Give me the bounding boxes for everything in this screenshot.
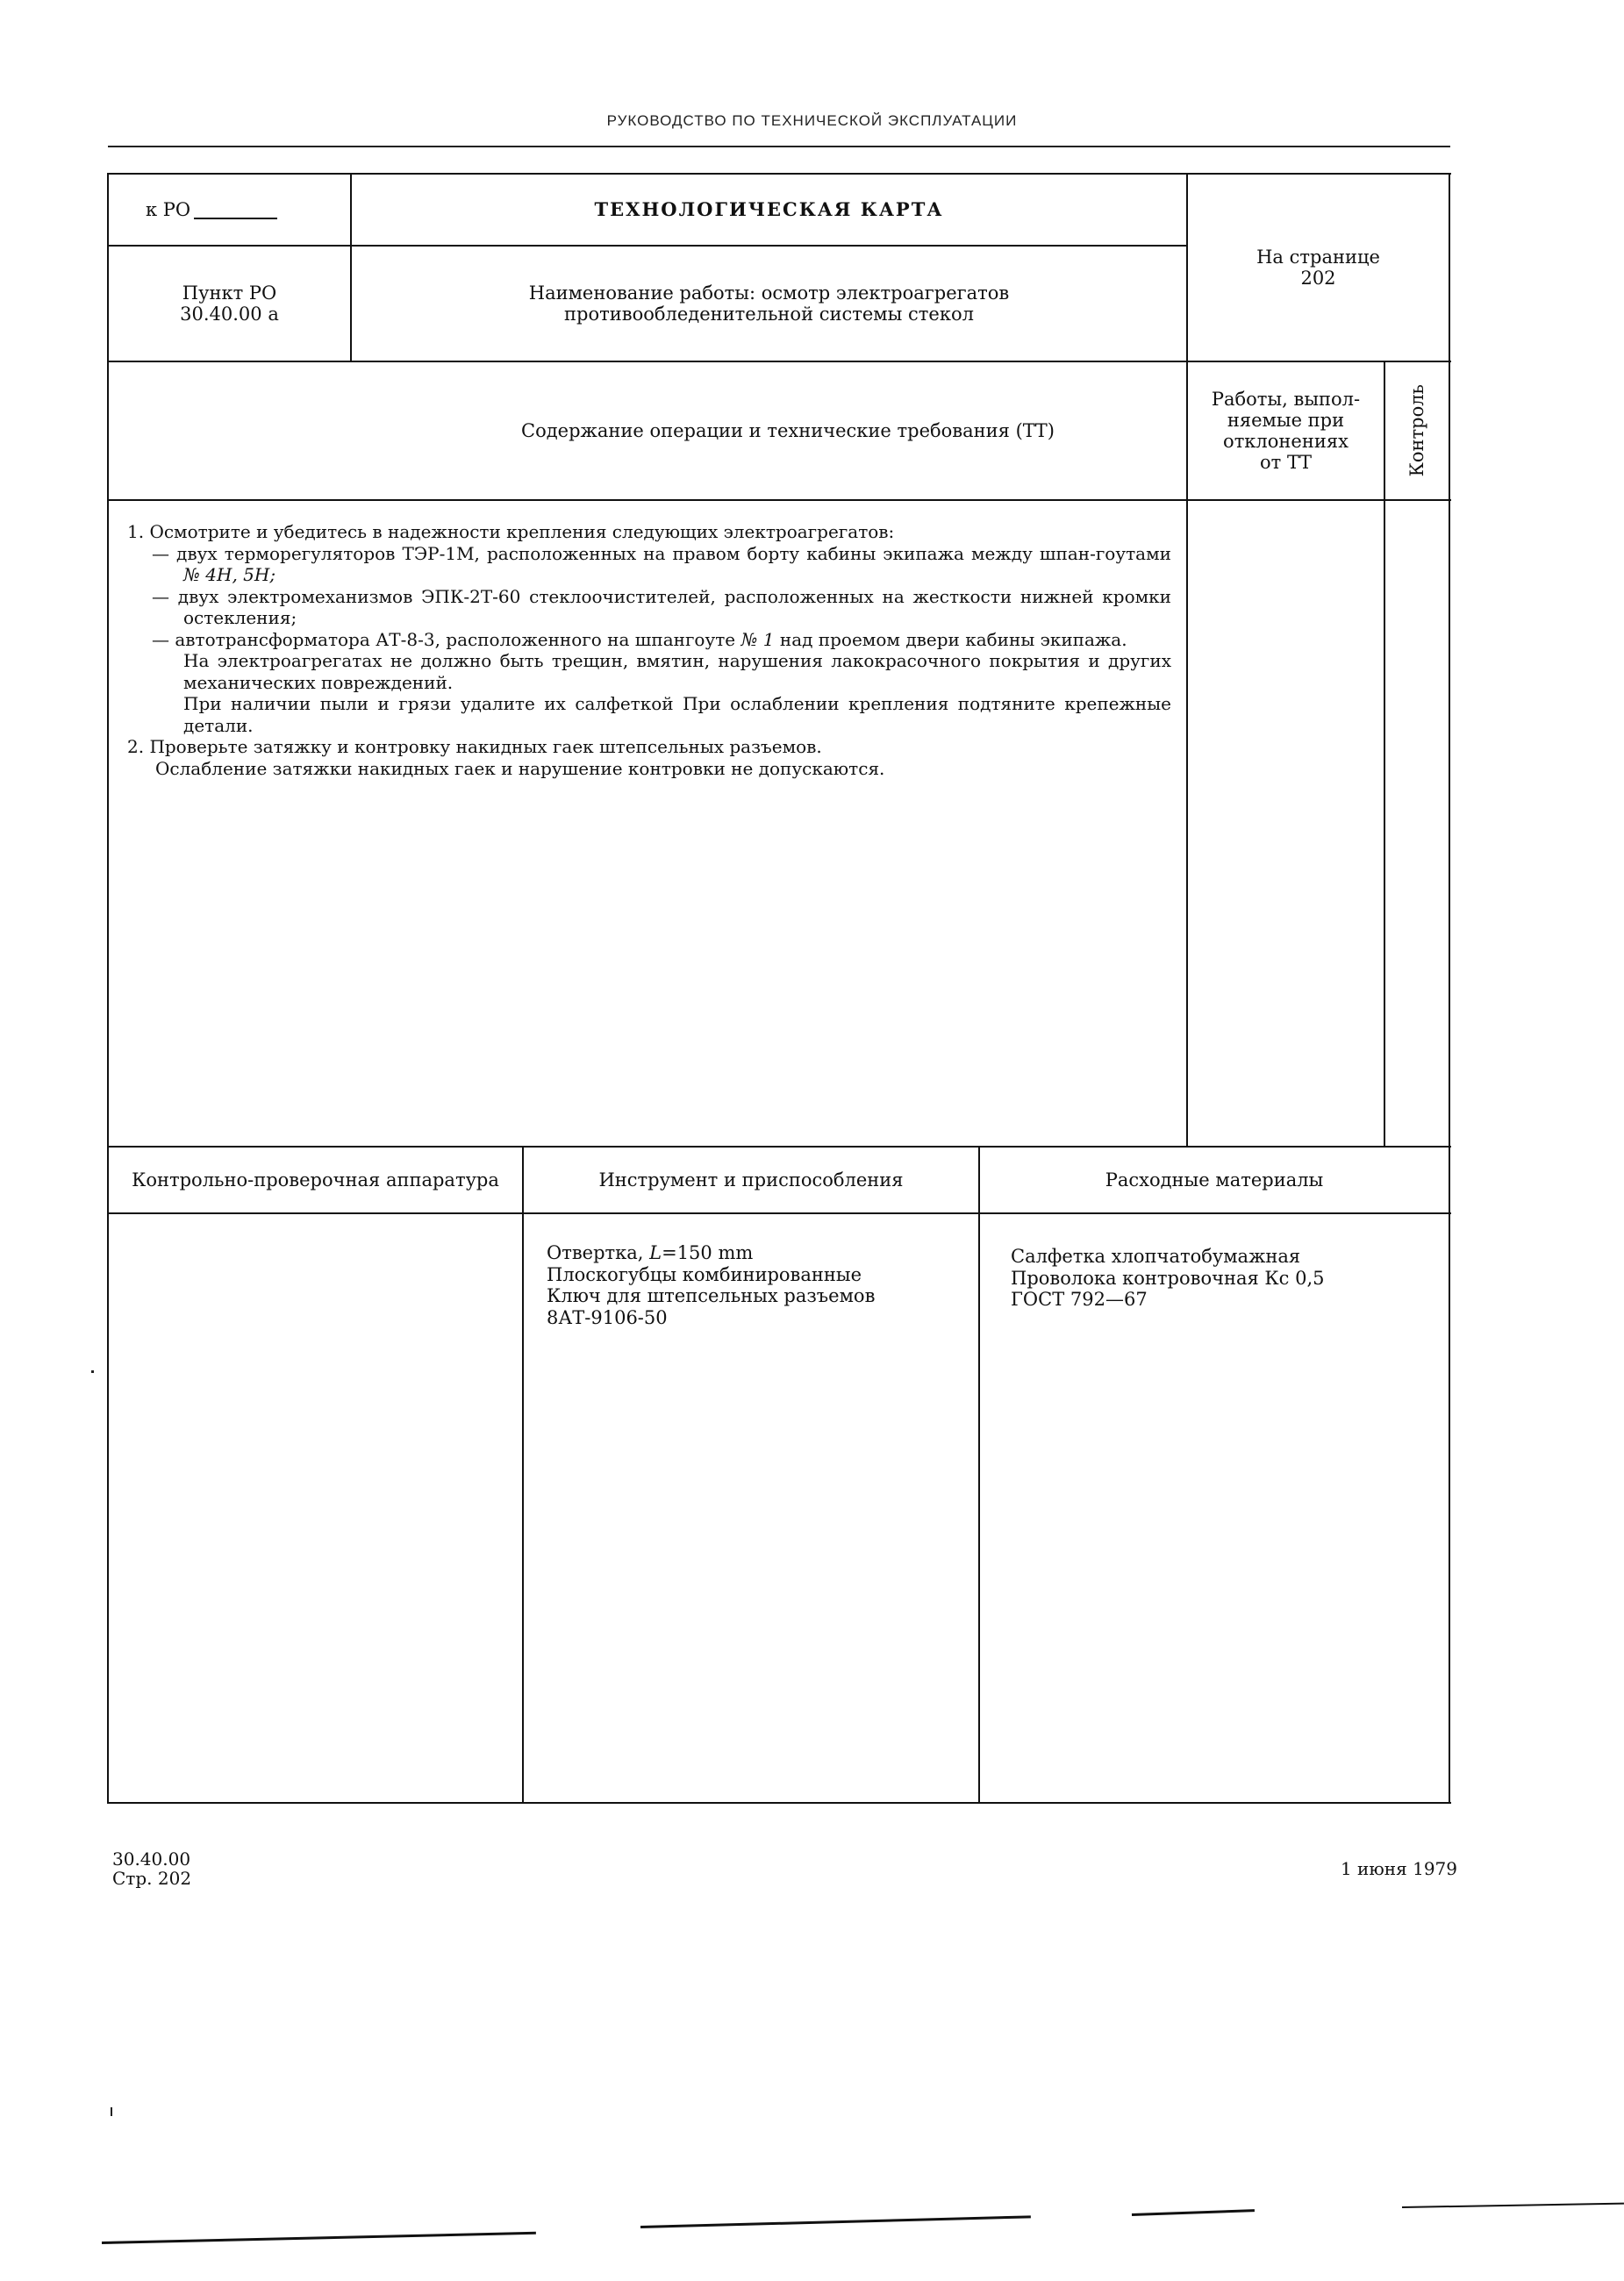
- ro-item-cell: Пункт РО 30.40.00 а: [109, 247, 350, 361]
- work-name-cell: Наименование работы: осмотр электроагрег…: [352, 247, 1186, 361]
- divider-columns-header: [108, 499, 1451, 501]
- scan-streak: [1402, 2203, 1624, 2208]
- deviations-column-header: Работы, выпол- няемые при отклонениях от…: [1188, 362, 1384, 499]
- frame-numbers: № 4Н, 5Н;: [183, 564, 275, 585]
- material-item: Салфетка хлопчатобумажная: [1011, 1246, 1432, 1268]
- material-item: Проволока контровочная Кс 0,5: [1011, 1268, 1432, 1290]
- material-item: ГОСТ 792—67: [1011, 1289, 1432, 1311]
- test-equipment-header: Контрольно-проверочная аппаратура: [109, 1148, 522, 1212]
- tools-list: Отвертка, L=150 mm Плоскогубцы комбиниро…: [547, 1242, 968, 1328]
- header-rule: [108, 146, 1450, 147]
- page-ref-label: На странице: [1256, 247, 1380, 268]
- footer-doc-number: 30.40.00: [112, 1849, 191, 1869]
- tool-item: 8АТ-9106-50: [547, 1307, 968, 1329]
- step-2-note: Ослабление затяжки накидных гаек и наруш…: [127, 758, 1171, 780]
- ro-item-number: 30.40.00 а: [180, 304, 279, 325]
- step-1-item-3-text-end: над проемом двери кабины экипажа.: [775, 629, 1127, 650]
- divider-resources-col2: [978, 1146, 980, 1804]
- control-column-header: Контроль: [1385, 362, 1449, 499]
- ro-reference-cell: к РО: [109, 175, 350, 245]
- ro-reference-label: к РО: [146, 199, 190, 220]
- footer-page: Стр. 202: [112, 1869, 191, 1888]
- content-column-header: Содержание операции и технические требов…: [109, 362, 1186, 499]
- page-ref-cell: На странице 202: [1188, 175, 1449, 361]
- step-1-note-1: На электроагрегатах не должно быть трещи…: [127, 650, 1171, 693]
- divider-resources-header: [108, 1212, 1451, 1214]
- scan-speck: [111, 2107, 112, 2116]
- tool-item: Плоскогубцы комбинированные: [547, 1264, 968, 1286]
- materials-list: Салфетка хлопчатобумажная Проволока конт…: [1011, 1246, 1432, 1311]
- deviations-header-line: от ТТ: [1260, 452, 1312, 473]
- step-1-item-3-text: — автотрансформатора АТ-8-3, расположенн…: [152, 629, 741, 650]
- step-1-item-1-text: — двух терморегуляторов ТЭР-1М, располож…: [152, 543, 1171, 564]
- materials-header: Расходные материалы: [980, 1148, 1449, 1212]
- deviations-header-line: Работы, выпол-: [1212, 389, 1360, 410]
- scan-speck: [91, 1370, 94, 1373]
- work-name-line2: противообледенительной системы стекол: [564, 304, 974, 325]
- deviations-header-line: няемые при: [1227, 410, 1344, 431]
- card-title: ТЕХНОЛОГИЧЕСКАЯ КАРТА: [352, 175, 1186, 245]
- scan-streak: [102, 2232, 536, 2244]
- operations-content: 1. Осмотрите и убедитесь в надежности кр…: [127, 521, 1171, 779]
- divider-resources-col1: [522, 1146, 524, 1804]
- frame-number: № 1: [741, 629, 775, 650]
- step-1-note-2: При наличии пыли и грязи удалите их салф…: [127, 693, 1171, 736]
- scan-streak: [640, 2215, 1031, 2228]
- step-1-item-3: — автотрансформатора АТ-8-3, расположенн…: [127, 629, 1171, 651]
- work-name-line1: Наименование работы: осмотр электроагрег…: [529, 282, 1009, 304]
- table-border-right: [1449, 173, 1450, 1804]
- tool-item: Отвертка, L=150 mm: [547, 1242, 968, 1264]
- tools-header: Инструмент и приспособления: [524, 1148, 978, 1212]
- tool-item: Ключ для штепсельных разъемов: [547, 1285, 968, 1307]
- page-ref-number: 202: [1300, 268, 1335, 289]
- step-2: 2. Проверьте затяжку и контровку накидны…: [127, 736, 1171, 758]
- table-border-bottom: [108, 1802, 1451, 1804]
- step-1-item-1: — двух терморегуляторов ТЭР-1М, располож…: [127, 543, 1171, 586]
- footer-date: 1 июня 1979: [1341, 1858, 1457, 1879]
- step-1-item-2: — двух электромеханизмов ЭПК-2Т-60 стекл…: [127, 586, 1171, 629]
- ro-item-label: Пункт РО: [182, 282, 276, 304]
- step-1-intro: 1. Осмотрите и убедитесь в надежности кр…: [127, 521, 1171, 543]
- deviations-header-line: отклонениях: [1223, 431, 1349, 452]
- running-head: РУКОВОДСТВО ПО ТЕХНИЧЕСКОЙ ЭКСПЛУАТАЦИИ: [0, 112, 1624, 130]
- scan-streak: [1132, 2209, 1255, 2216]
- control-header-label: Контроль: [1406, 384, 1427, 476]
- ro-reference-blank: [194, 200, 277, 219]
- footer-left: 30.40.00 Стр. 202: [112, 1849, 191, 1888]
